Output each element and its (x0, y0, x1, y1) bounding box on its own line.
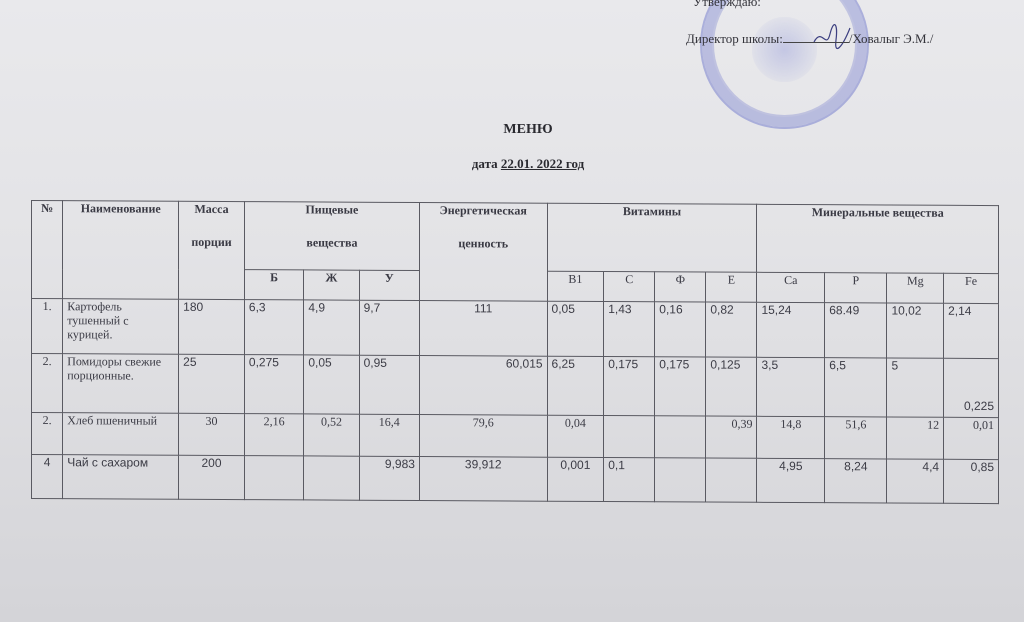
header-minerals: Минеральные вещества (757, 204, 999, 273)
director-name: /Ховалыг Э.М./ (849, 31, 934, 46)
row-c: 0,175 (604, 356, 655, 415)
row-f (655, 458, 706, 502)
header-row: № Наименование Массапорции Пищевыевещест… (32, 201, 999, 274)
row-name: Помидоры свежие порционные. (63, 354, 179, 414)
header-mass-l1: Масса (183, 202, 240, 217)
row-mass: 25 (179, 354, 245, 413)
row-u: 9,7 (359, 300, 419, 355)
row-zh: 0,52 (304, 414, 359, 456)
table-row: 2. Хлеб пшеничный 30 2,16 0,52 16,4 79,6… (32, 413, 999, 460)
subheader-e: E (706, 272, 757, 302)
row-p: 51,6 (825, 417, 887, 459)
row-f (655, 416, 706, 458)
header-num: № (32, 201, 63, 299)
row-b (244, 456, 303, 500)
row-p: 6,5 (825, 358, 887, 417)
subheader-zh: Ж (304, 270, 359, 300)
row-num: 4 (32, 455, 63, 499)
row-b1: 6,25 (547, 356, 604, 415)
header-mass: Массапорции (179, 201, 245, 299)
row-b1: 0,05 (547, 301, 604, 356)
row-p: 68.49 (825, 303, 887, 358)
subheader-u: У (359, 270, 419, 300)
row-mg: 5 (887, 358, 944, 417)
header-nutrients-l1: Пищевые (249, 202, 415, 218)
subheader-b1: B1 (547, 271, 604, 301)
row-name: Чай с сахаром (63, 455, 179, 500)
row-mass: 200 (179, 455, 245, 499)
row-energy: 60,015 (419, 356, 547, 416)
table-row: 2. Помидоры свежие порционные. 25 0,275 … (32, 354, 999, 418)
row-mg: 10,02 (887, 303, 944, 358)
menu-table: № Наименование Массапорции Пищевыевещест… (31, 200, 999, 504)
row-c: 0,1 (604, 457, 655, 501)
row-ca: 3,5 (757, 357, 825, 416)
row-c: 1,43 (604, 301, 655, 356)
subheader-fe: Fe (944, 273, 999, 303)
director-label: Директор школы: (686, 31, 783, 46)
row-f: 0,175 (655, 357, 706, 416)
row-ca: 4,95 (757, 458, 825, 502)
row-b: 0,275 (244, 355, 303, 414)
subheader-p: P (825, 273, 887, 303)
document-title: МЕНЮ (0, 122, 1024, 138)
director-line: Директор школы:/Ховалыг Э.М./ (686, 30, 933, 47)
subheader-b: Б (244, 270, 303, 300)
row-p: 8,24 (825, 459, 887, 503)
subheader-f: Ф (655, 272, 706, 302)
header-name: Наименование (63, 201, 179, 300)
header-energy-l2: ценность (424, 236, 543, 252)
subheader-ca: Ca (757, 272, 825, 302)
official-stamp (700, 0, 869, 129)
row-energy: 39,912 (419, 457, 547, 502)
row-u: 9,983 (359, 456, 419, 500)
row-f: 0,16 (655, 302, 706, 357)
table-row: 4 Чай с сахаром 200 9,983 39,912 0,001 0… (32, 455, 999, 504)
signature-line (783, 30, 849, 43)
row-zh: 0,05 (304, 355, 359, 414)
row-e (706, 458, 757, 502)
header-mass-l2: порции (183, 235, 240, 250)
row-mg: 12 (887, 417, 944, 459)
row-zh: 4,9 (304, 300, 359, 355)
row-mass: 180 (179, 299, 245, 354)
row-mass: 30 (179, 413, 245, 455)
row-fe: 0,225 (944, 358, 999, 417)
date-prefix: дата (472, 156, 498, 171)
row-e: 0,125 (706, 357, 757, 416)
row-b1: 0,04 (547, 415, 604, 457)
row-name: Хлеб пшеничный (63, 413, 179, 456)
row-energy: 111 (419, 301, 547, 357)
row-mg: 4,4 (887, 459, 944, 503)
row-u: 0,95 (359, 355, 419, 414)
row-e: 0,82 (706, 302, 757, 357)
header-energy-l1: Энергетическая (424, 203, 543, 219)
row-e: 0,39 (706, 416, 757, 458)
row-b1: 0,001 (547, 457, 604, 501)
row-b: 2,16 (244, 414, 303, 456)
row-name: Картофель тушенный с курицей. (63, 299, 179, 355)
coat-of-arms-icon (752, 17, 817, 82)
date-value: 22.01. 2022 год (501, 156, 584, 171)
header-energy: Энергетическаяценность (419, 203, 547, 302)
row-ca: 14,8 (757, 416, 825, 458)
row-fe: 0,01 (944, 417, 999, 459)
row-ca: 15,24 (757, 302, 825, 357)
row-c (604, 415, 655, 457)
row-b: 6,3 (244, 300, 303, 355)
header-nutrients: Пищевыевещества (244, 202, 419, 271)
row-energy: 79,6 (419, 415, 547, 458)
document-date: дата 22.01. 2022 год (0, 156, 1024, 172)
table-row: 1. Картофель тушенный с курицей. 180 6,3… (32, 299, 999, 359)
subheader-mg: Mg (887, 273, 944, 303)
subheader-c: C (604, 271, 655, 301)
header-nutrients-l2: вещества (249, 235, 415, 251)
row-zh (304, 456, 359, 500)
row-num: 2. (32, 354, 63, 413)
header-vitamins: Витамины (547, 203, 757, 272)
row-u: 16,4 (359, 414, 419, 456)
approval-label: Утверждаю: (693, 0, 761, 10)
row-fe: 2,14 (944, 303, 999, 358)
row-fe: 0,85 (944, 459, 999, 503)
row-num: 1. (32, 299, 63, 354)
row-num: 2. (32, 413, 63, 455)
